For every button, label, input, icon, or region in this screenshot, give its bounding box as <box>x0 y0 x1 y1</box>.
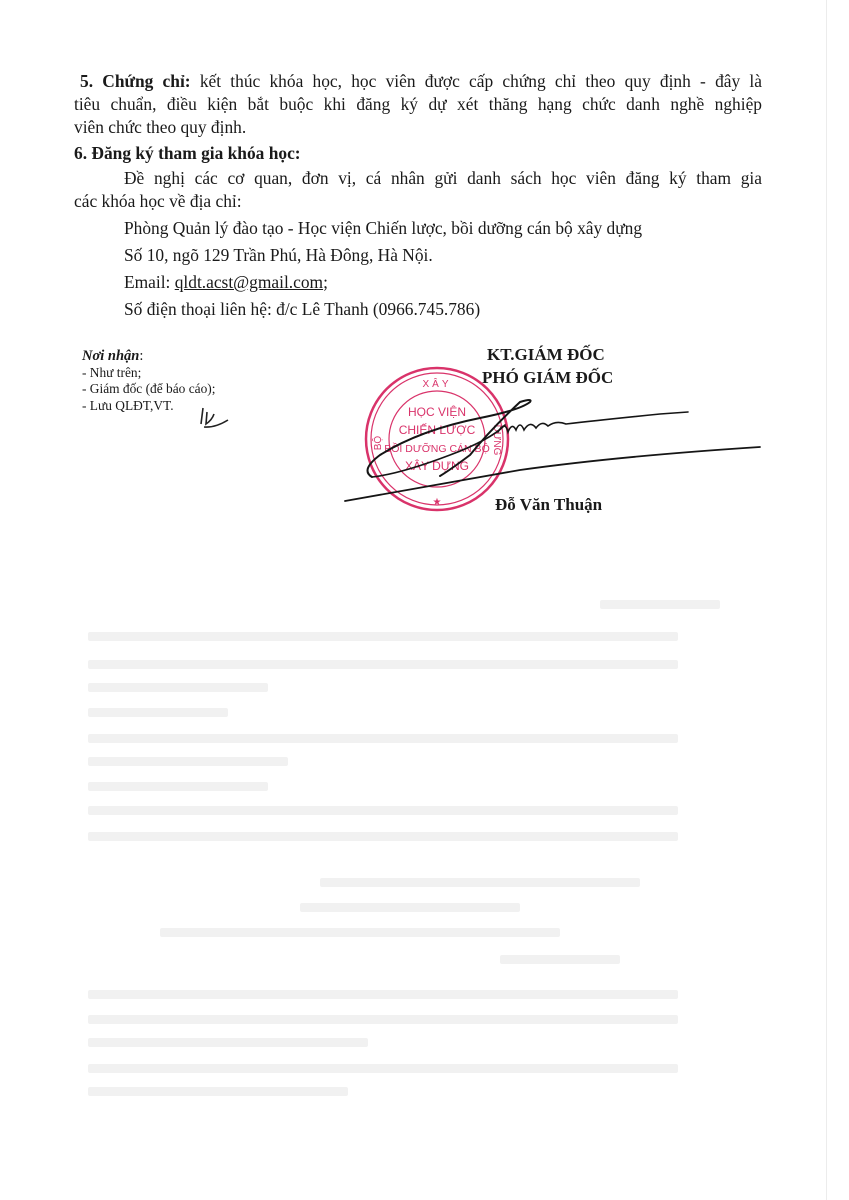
initials-mark-icon <box>201 408 228 427</box>
signer-name: Đỗ Văn Thuận <box>495 495 602 515</box>
svg-text:HỌC VIỆN: HỌC VIỆN <box>408 404 466 419</box>
svg-text:BỘ: BỘ <box>371 436 384 451</box>
stamp-and-signature-graphics: XÂY BỘ DỰNG HỌC VIỆN CHIẾN LƯỢC BỒI DƯỠN… <box>0 0 849 1200</box>
svg-text:★: ★ <box>433 497 442 508</box>
svg-text:XÂY: XÂY <box>422 377 451 390</box>
document-page: 5. Chứng chỉ: kết thúc khóa học, học viê… <box>0 0 849 1200</box>
